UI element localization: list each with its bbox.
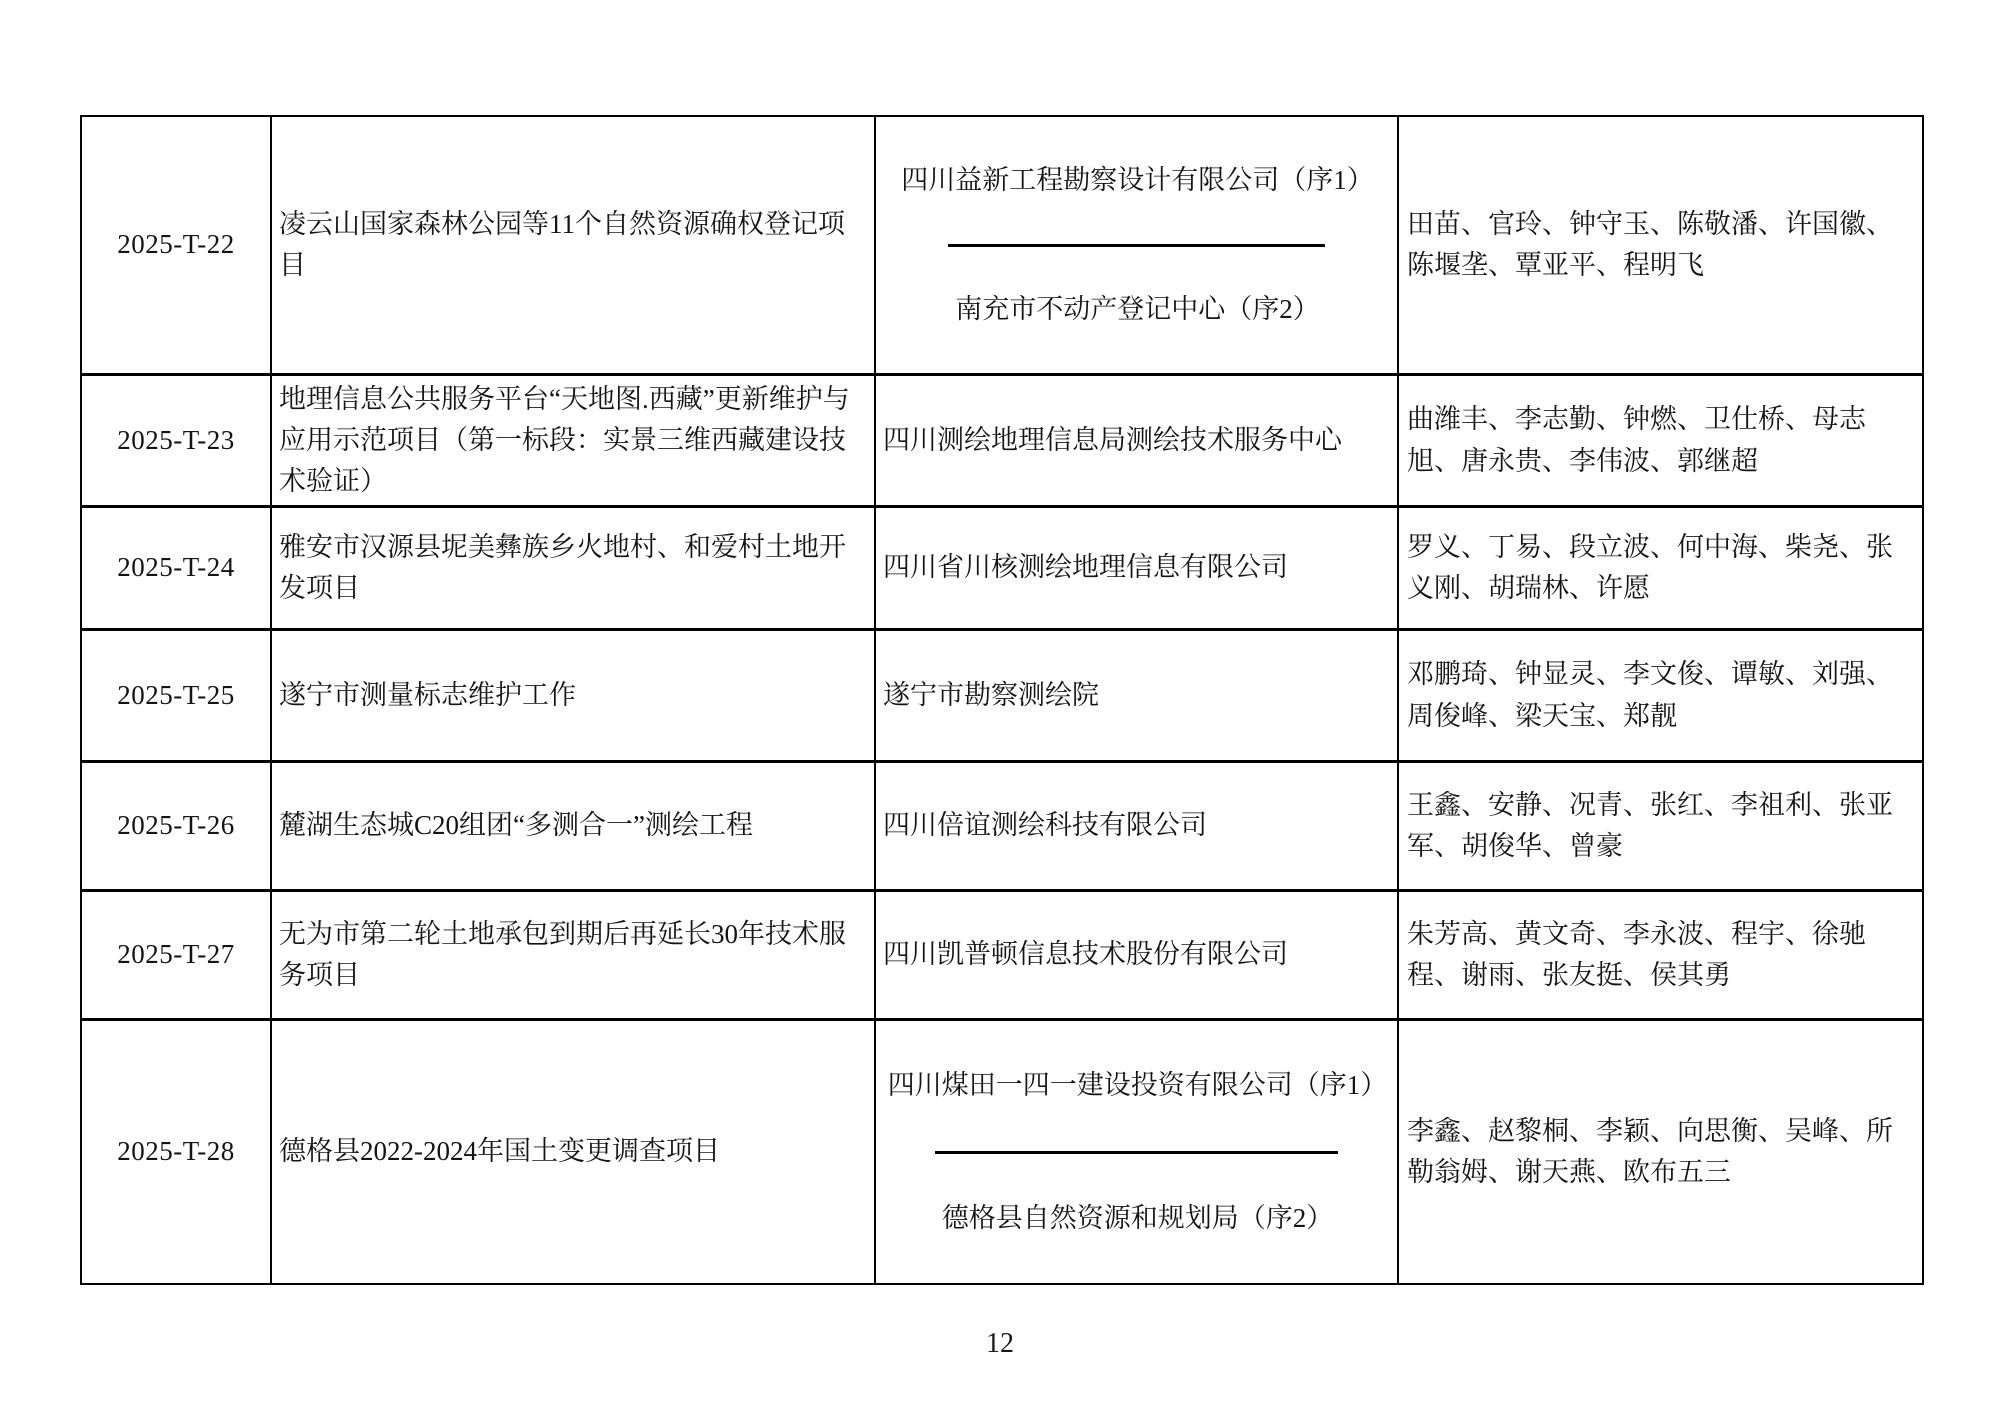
- company-entry: 四川益新工程勘察设计有限公司（序1）: [894, 117, 1379, 244]
- persons-cell: 邓鹏琦、钟显灵、李文俊、谭敏、刘强、周俊峰、梁天宝、郑靓: [1397, 631, 1922, 760]
- table-row: 2025-T-25 遂宁市测量标志维护工作 遂宁市勘察测绘院 邓鹏琦、钟显灵、李…: [82, 628, 1922, 760]
- project-name-cell: 凌云山国家森林公园等11个自然资源确权登记项目: [270, 117, 874, 373]
- persons-cell: 王鑫、安静、况青、张红、李祖利、张亚军、胡俊华、曾豪: [1397, 763, 1922, 889]
- project-id-cell: 2025-T-25: [82, 631, 270, 760]
- project-name-cell: 地理信息公共服务平台“天地图.西藏”更新维护与应用示范项目（第一标段：实景三维西…: [270, 376, 874, 505]
- project-id-cell: 2025-T-22: [82, 117, 270, 373]
- project-name-cell: 麓湖生态城C20组团“多测合一”测绘工程: [270, 763, 874, 889]
- table-row: 2025-T-26 麓湖生态城C20组团“多测合一”测绘工程 四川倍谊测绘科技有…: [82, 760, 1922, 889]
- persons-cell: 田苗、官玲、钟守玉、陈敬潘、许国徽、陈堰垄、覃亚平、程明飞: [1397, 117, 1922, 373]
- company-cell: 四川益新工程勘察设计有限公司（序1） 南充市不动产登记中心（序2）: [874, 117, 1397, 373]
- table-row: 2025-T-24 雅安市汉源县坭美彝族乡火地村、和爱村土地开发项目 四川省川核…: [82, 505, 1922, 628]
- projects-table: 2025-T-22 凌云山国家森林公园等11个自然资源确权登记项目 四川益新工程…: [80, 115, 1924, 1285]
- page-number: 12: [0, 1328, 2000, 1360]
- company-cell: 遂宁市勘察测绘院: [874, 631, 1397, 760]
- project-id-cell: 2025-T-28: [82, 1021, 270, 1283]
- table-row: 2025-T-22 凌云山国家森林公园等11个自然资源确权登记项目 四川益新工程…: [82, 117, 1922, 373]
- project-name-cell: 遂宁市测量标志维护工作: [270, 631, 874, 760]
- persons-cell: 李鑫、赵黎桐、李颖、向思衡、吴峰、所勒翁姆、谢天燕、欧布五三: [1397, 1021, 1922, 1283]
- project-name-cell: 无为市第二轮土地承包到期后再延长30年技术服务项目: [270, 892, 874, 1018]
- document-page: 2025-T-22 凌云山国家森林公园等11个自然资源确权登记项目 四川益新工程…: [0, 0, 2000, 1414]
- project-id-cell: 2025-T-26: [82, 763, 270, 889]
- project-name-cell: 雅安市汉源县坭美彝族乡火地村、和爱村土地开发项目: [270, 508, 874, 628]
- company-cell: 四川倍谊测绘科技有限公司: [874, 763, 1397, 889]
- project-id-cell: 2025-T-24: [82, 508, 270, 628]
- table-row: 2025-T-28 德格县2022-2024年国土变更调查项目 四川煤田一四一建…: [82, 1018, 1922, 1283]
- persons-cell: 曲潍丰、李志勤、钟燃、卫仕桥、母志旭、唐永贵、李伟波、郭继超: [1397, 376, 1922, 505]
- company-cell: 四川测绘地理信息局测绘技术服务中心: [874, 376, 1397, 505]
- project-id-cell: 2025-T-27: [82, 892, 270, 1018]
- project-id-cell: 2025-T-23: [82, 376, 270, 505]
- company-entry: 四川煤田一四一建设投资有限公司（序1）: [881, 1021, 1393, 1151]
- company-entry: 德格县自然资源和规划局（序2）: [935, 1151, 1339, 1284]
- table-row: 2025-T-27 无为市第二轮土地承包到期后再延长30年技术服务项目 四川凯普…: [82, 889, 1922, 1018]
- persons-cell: 朱芳高、黄文奇、李永波、程宇、徐驰程、谢雨、张友挺、侯其勇: [1397, 892, 1922, 1018]
- company-cell: 四川凯普顿信息技术股份有限公司: [874, 892, 1397, 1018]
- company-cell: 四川煤田一四一建设投资有限公司（序1） 德格县自然资源和规划局（序2）: [874, 1021, 1397, 1283]
- table-row: 2025-T-23 地理信息公共服务平台“天地图.西藏”更新维护与应用示范项目（…: [82, 373, 1922, 505]
- persons-cell: 罗义、丁易、段立波、何中海、柴尧、张义刚、胡瑞林、许愿: [1397, 508, 1922, 628]
- project-name-cell: 德格县2022-2024年国土变更调查项目: [270, 1021, 874, 1283]
- company-entry: 南充市不动产登记中心（序2）: [948, 244, 1325, 374]
- company-cell: 四川省川核测绘地理信息有限公司: [874, 508, 1397, 628]
